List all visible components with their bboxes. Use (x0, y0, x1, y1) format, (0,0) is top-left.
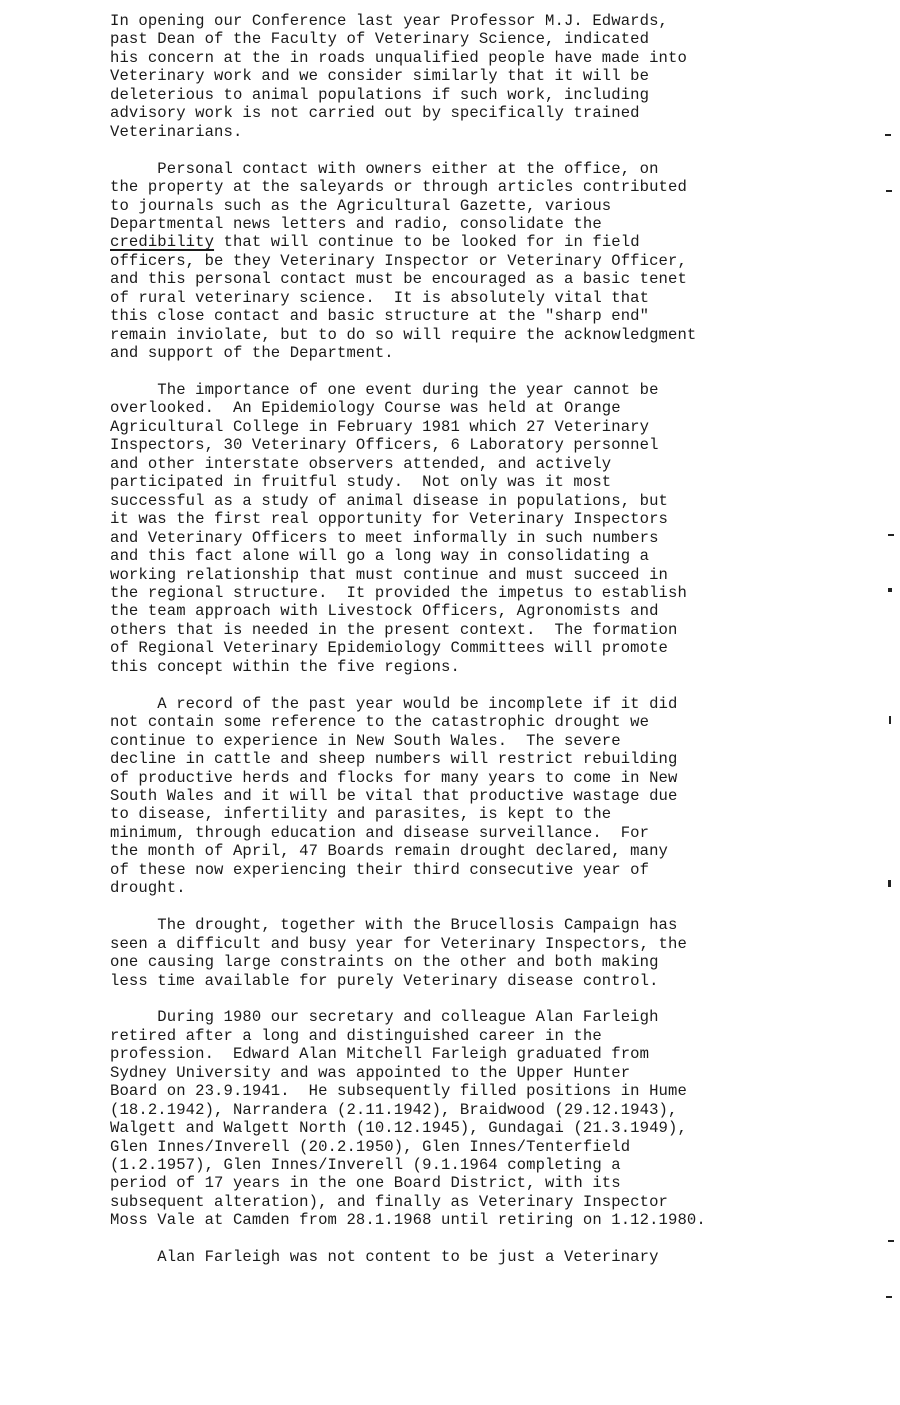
text-line: past Dean of the Faculty of Veterinary S… (110, 30, 810, 48)
margin-mark (889, 716, 891, 724)
text-line: it was the first real opportunity for Ve… (110, 510, 810, 528)
text-line: Veterinarians. (110, 123, 810, 141)
text-line: (18.2.1942), Narrandera (2.11.1942), Bra… (110, 1101, 810, 1119)
text-line: of rural veterinary science. It is absol… (110, 289, 810, 307)
margin-mark (888, 588, 892, 592)
text-line: Personal contact with owners either at t… (110, 160, 810, 178)
text-line: period of 17 years in the one Board Dist… (110, 1174, 810, 1192)
margin-mark (886, 1296, 892, 1298)
text-line: the regional structure. It provided the … (110, 584, 810, 602)
margin-mark (885, 134, 891, 136)
text-line: Glen Innes/Inverell (20.2.1950), Glen In… (110, 1138, 810, 1156)
text-line: successful as a study of animal disease … (110, 492, 810, 510)
text-line: one causing large constraints on the oth… (110, 953, 810, 971)
text-line: A record of the past year would be incom… (110, 695, 810, 713)
text-line: profession. Edward Alan Mitchell Farleig… (110, 1045, 810, 1063)
text-line: minimum, through education and disease s… (110, 824, 810, 842)
text-line: of productive herds and flocks for many … (110, 769, 810, 787)
text-line: In opening our Conference last year Prof… (110, 12, 810, 30)
text-line: the month of April, 47 Boards remain dro… (110, 842, 810, 860)
text-line: subsequent alteration), and finally as V… (110, 1193, 810, 1211)
paragraph: During 1980 our secretary and colleague … (110, 1008, 810, 1229)
text-line: Alan Farleigh was not content to be just… (110, 1248, 810, 1266)
margin-mark (888, 1240, 894, 1242)
text-line: and this personal contact must be encour… (110, 270, 810, 288)
text-line: the property at the saleyards or through… (110, 178, 810, 196)
text-line: seen a difficult and busy year for Veter… (110, 935, 810, 953)
text-line: and Veterinary Officers to meet informal… (110, 529, 810, 547)
text-line: and other interstate observers attended,… (110, 455, 810, 473)
text-line: and support of the Department. (110, 344, 810, 362)
text-line: deleterious to animal populations if suc… (110, 86, 810, 104)
text-line: of Regional Veterinary Epidemiology Comm… (110, 639, 810, 657)
text-line: to journals such as the Agricultural Gaz… (110, 197, 810, 215)
text-line: continue to experience in New South Wale… (110, 732, 810, 750)
paragraph: In opening our Conference last year Prof… (110, 12, 810, 141)
underlined-word: credibility (110, 233, 214, 251)
paragraph: A record of the past year would be incom… (110, 695, 810, 898)
margin-mark (888, 534, 894, 536)
text-line: his concern at the in roads unqualified … (110, 49, 810, 67)
paragraph: Personal contact with owners either at t… (110, 160, 810, 363)
text-line: Departmental news letters and radio, con… (110, 215, 810, 233)
text-line: this close contact and basic structure a… (110, 307, 810, 325)
text-line: Walgett and Walgett North (10.12.1945), … (110, 1119, 810, 1137)
paragraph: The importance of one event during the y… (110, 381, 810, 676)
text-line: Agricultural College in February 1981 wh… (110, 418, 810, 436)
text-line: officers, be they Veterinary Inspector o… (110, 252, 810, 270)
text-line: decline in cattle and sheep numbers will… (110, 750, 810, 768)
paragraph: Alan Farleigh was not content to be just… (110, 1248, 810, 1266)
text-line: South Wales and it will be vital that pr… (110, 787, 810, 805)
text-line: the team approach with Livestock Officer… (110, 602, 810, 620)
text-line: and this fact alone will go a long way i… (110, 547, 810, 565)
text-line: drought. (110, 879, 810, 897)
text-line: to disease, infertility and parasites, i… (110, 805, 810, 823)
document-page: In opening our Conference last year Prof… (0, 0, 900, 1405)
text-line: others that is needed in the present con… (110, 621, 810, 639)
text-line: Moss Vale at Camden from 28.1.1968 until… (110, 1211, 810, 1229)
margin-mark (888, 880, 891, 887)
text-line: credibility that will continue to be loo… (110, 233, 810, 251)
text-line: The drought, together with the Brucellos… (110, 916, 810, 934)
text-line: Board on 23.9.1941. He subsequently fill… (110, 1082, 810, 1100)
text-line: During 1980 our secretary and colleague … (110, 1008, 810, 1026)
text-line: The importance of one event during the y… (110, 381, 810, 399)
text-line: advisory work is not carried out by spec… (110, 104, 810, 122)
text-line: Sydney University and was appointed to t… (110, 1064, 810, 1082)
text-line: participated in fruitful study. Not only… (110, 473, 810, 491)
text-line: overlooked. An Epidemiology Course was h… (110, 399, 810, 417)
document-body: In opening our Conference last year Prof… (110, 12, 810, 1285)
text-line: (1.2.1957), Glen Innes/Inverell (9.1.196… (110, 1156, 810, 1174)
text-line: of these now experiencing their third co… (110, 861, 810, 879)
text-line: remain inviolate, but to do so will requ… (110, 326, 810, 344)
text-line: retired after a long and distinguished c… (110, 1027, 810, 1045)
text-line: less time available for purely Veterinar… (110, 972, 810, 990)
margin-mark (886, 190, 892, 192)
paragraph: The drought, together with the Brucellos… (110, 916, 810, 990)
text-line: this concept within the five regions. (110, 658, 810, 676)
text-line: working relationship that must continue … (110, 566, 810, 584)
text-line: Inspectors, 30 Veterinary Officers, 6 La… (110, 436, 810, 454)
text-line: Veterinary work and we consider similarl… (110, 67, 810, 85)
text-line: not contain some reference to the catast… (110, 713, 810, 731)
